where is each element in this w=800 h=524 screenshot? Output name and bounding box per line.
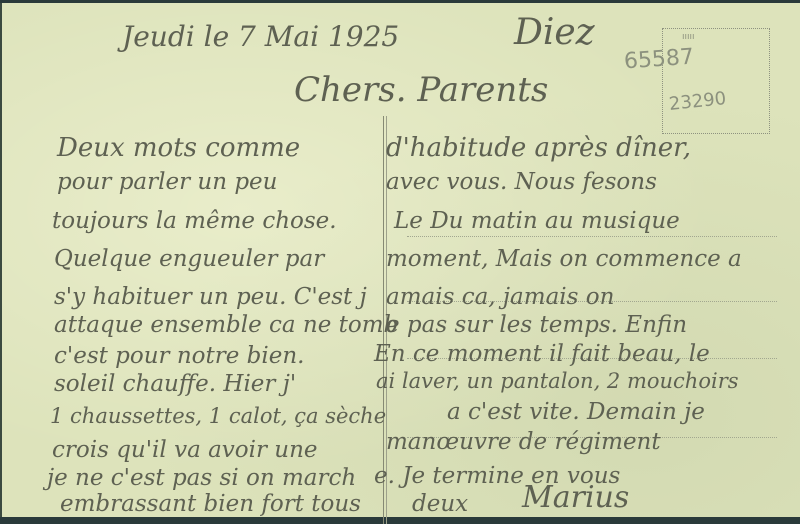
body-line-3-left: toujours la même chose. <box>52 210 337 233</box>
letter-place: Diez <box>514 15 595 51</box>
letter-signature: Marius <box>522 483 629 513</box>
body-line-6-left: attaque ensemble ca ne tomb <box>54 314 398 337</box>
body-line-9-left: 1 chaussettes, 1 calot, ça sèche <box>50 406 386 427</box>
body-line-10-left: crois qu'il va avoir une <box>52 439 318 462</box>
body-line-1-left: Deux mots comme <box>57 135 300 161</box>
address-line-1 <box>407 236 777 237</box>
letter-salutation: Chers. Parents <box>294 73 548 107</box>
postcard-back: ııııı Jeudi le 7 Mai 1925 Diez Chers. Pa… <box>0 3 800 517</box>
body-line-4-left: Quelque engueuler par <box>54 248 324 271</box>
body-line-8-right: ai laver, un pantalon, 2 mouchoirs <box>376 371 739 392</box>
body-line-6-right: e pas sur les temps. Enfin <box>386 314 687 337</box>
body-line-10-right: manœuvre de régiment <box>386 431 661 454</box>
body-line-3-right: Le Du matin au musique <box>394 210 680 233</box>
stamp-box <box>662 28 770 134</box>
body-line-2-right: avec vous. Nous fesons <box>386 171 657 194</box>
body-line-11-left: je ne c'est pas si on march <box>47 467 356 490</box>
body-line-4-right: moment, Mais on commence a <box>386 248 742 271</box>
body-line-7-right: En ce moment il fait beau, le <box>374 343 710 366</box>
archive-reference-1: 65587 <box>623 47 694 74</box>
body-line-9-right: a c'est vite. Demain je <box>447 401 705 424</box>
body-line-1-right: d'habitude après dîner, <box>386 135 691 161</box>
body-line-2-left: pour parler un peu <box>57 171 277 194</box>
body-line-5-right: amais ca, jamais on <box>386 286 614 309</box>
body-line-5-left: s'y habituer un peu. C'est j <box>54 286 367 309</box>
body-line-12-right: deux <box>412 493 468 516</box>
body-line-12-left: embrassant bien fort tous <box>60 493 361 516</box>
stamp-box-mark: ııııı <box>682 33 695 42</box>
body-line-7-left: c'est pour notre bien. <box>54 345 305 368</box>
body-line-8-left: soleil chauffe. Hier j' <box>54 373 296 396</box>
letter-date: Jeudi le 7 Mai 1925 <box>122 23 399 51</box>
